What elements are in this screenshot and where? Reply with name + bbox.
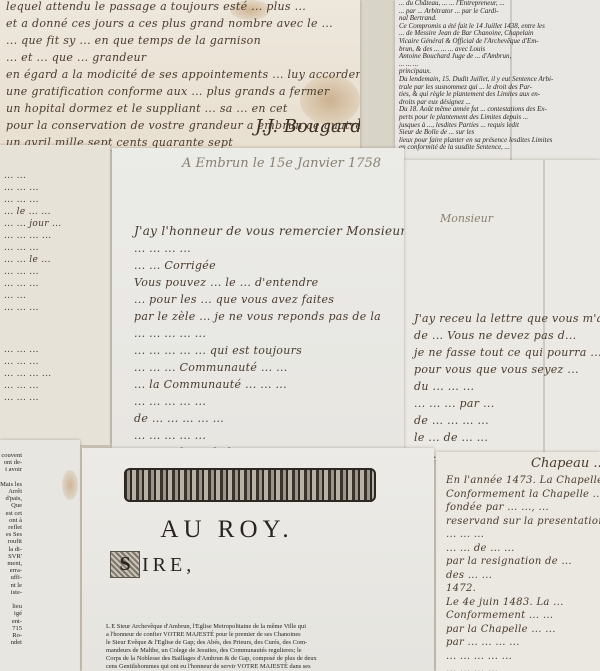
header: Chapeau ...	[531, 456, 600, 471]
manuscript-right-middle: Monsieur J'ay receu la lettre que vous m…	[400, 160, 600, 460]
printed-text: ... du Château, ... ... l'Entrepreneur, …	[399, 0, 553, 152]
document-title: AU ROY.	[82, 516, 372, 544]
drop-cap: S	[110, 551, 140, 578]
manuscript-center: A Embrun le 15e Janvier 1758 J'ay l'honn…	[112, 148, 404, 450]
ornamental-headpiece	[124, 468, 376, 502]
salutation: IRE,	[142, 554, 195, 577]
manuscript-text: J'ay receu la lettre que vous m'avez de …	[414, 310, 600, 460]
manuscript-bottom-right: Chapeau ... En l'année 1473. La Chapelle…	[436, 452, 600, 671]
salutation: Monsieur	[440, 212, 493, 225]
signature: J.J. Bougard	[255, 116, 360, 137]
printed-doc-top-right: ... du Château, ... ... l'Entrepreneur, …	[395, 0, 600, 160]
printed-text: couvent ont de- t avoir Mais les Arrêt d…	[0, 452, 22, 646]
manuscript-left-middle: ... ... ... ... ... ... ... ... ... le .…	[0, 145, 110, 445]
manuscript-text: ... ... ... ... ... ... ... ... ... le .…	[4, 170, 61, 404]
manuscript-text: J'ay l'honneur de vous remercier Monsieu…	[134, 223, 404, 450]
manuscript-top-left: lequel attendu le passage a toujours est…	[0, 0, 360, 150]
manuscript-text: En l'année 1473. La Chapelle ... Conform…	[446, 474, 600, 671]
printed-body: L E Sieur Archevêque d'Ambrun, l'Eglise …	[106, 623, 396, 671]
printed-petition-au-roy: AU ROY. S IRE, L E Sieur Archevêque d'Am…	[82, 448, 434, 671]
printed-doc-bottom-left: couvent ont de- t avoir Mais les Arrêt d…	[0, 440, 80, 671]
date-line: A Embrun le 15e Janvier 1758	[182, 156, 381, 171]
